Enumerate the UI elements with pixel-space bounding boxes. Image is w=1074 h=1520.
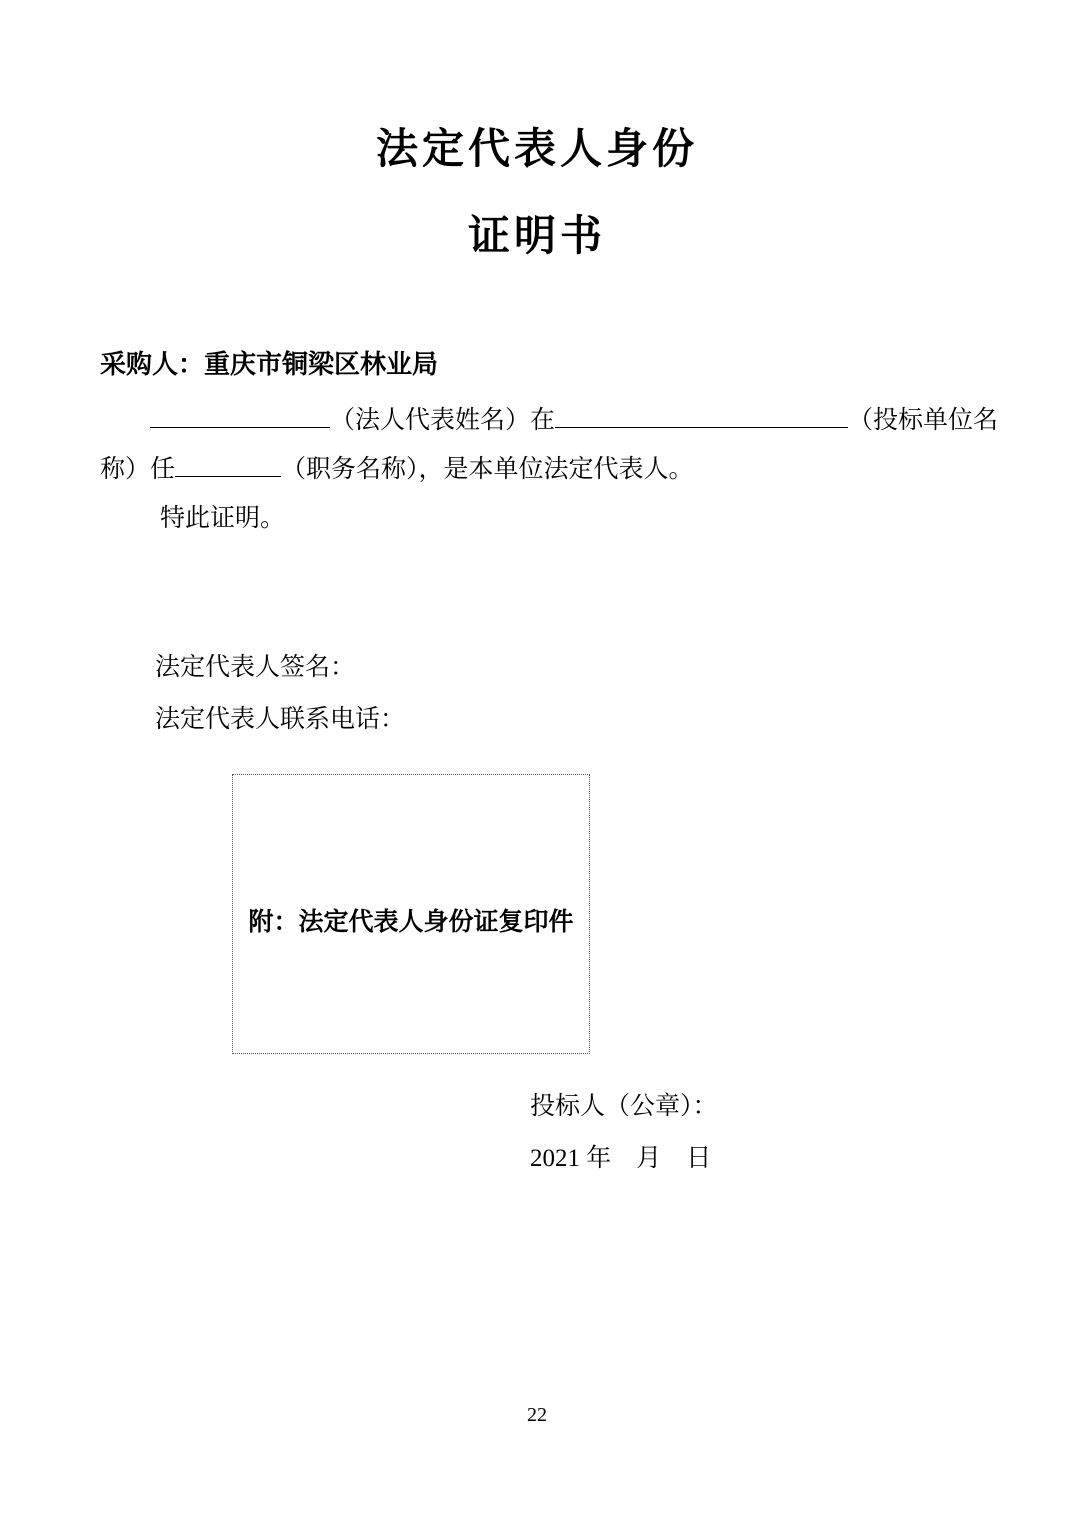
- legal-rep-phone-label: 法定代表人联系电话：: [155, 699, 405, 735]
- body-line-2-text-1: 称）任: [100, 456, 175, 483]
- body-line-1-text-2: （投标单位名: [848, 407, 998, 434]
- position-title-blank-field: [175, 448, 281, 477]
- body-line-2-text-2: （职务名称），是本单位法定代表人。: [281, 456, 694, 483]
- date-line: 2021 年 月 日: [530, 1138, 711, 1174]
- page-number: 22: [0, 1404, 1074, 1427]
- body-line-1: （法人代表姓名）在（投标单位名: [150, 399, 998, 436]
- attachment-note: 附：法定代表人身份证复印件: [248, 890, 573, 938]
- legal-rep-signature-label: 法定代表人签名：: [155, 647, 355, 683]
- id-copy-attachment-box: 附：法定代表人身份证复印件: [232, 774, 590, 1054]
- bidder-unit-name-blank-field: [555, 399, 848, 428]
- body-line-1-text-1: （法人代表姓名）在: [330, 407, 555, 434]
- document-title-line-2: 证明书: [0, 203, 1074, 263]
- body-line-2: 称）任（职务名称），是本单位法定代表人。: [100, 448, 694, 485]
- document-title-line-1: 法定代表人身份: [0, 116, 1074, 176]
- purchaser-line: 采购人：重庆市铜梁区林业局: [100, 344, 438, 381]
- document-page: 法定代表人身份 证明书 采购人：重庆市铜梁区林业局 （法人代表姓名）在（投标单位…: [0, 0, 1074, 1520]
- closing-statement: 特此证明。: [160, 498, 285, 534]
- bidder-seal-line: 投标人（公章）：: [530, 1086, 718, 1122]
- legal-rep-name-blank-field: [150, 399, 330, 428]
